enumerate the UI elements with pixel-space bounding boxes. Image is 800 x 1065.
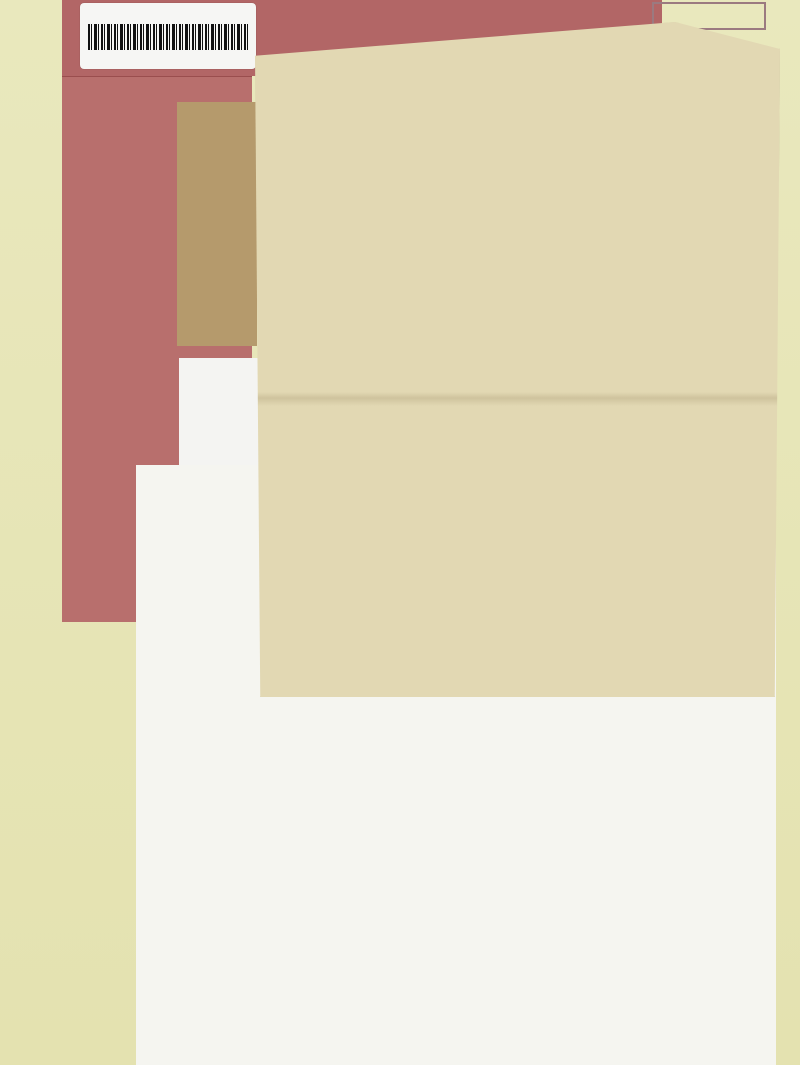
barcode-label — [80, 3, 256, 69]
barcode-icon — [88, 24, 248, 50]
handwritten-manuscript — [255, 22, 780, 697]
specimen-packet — [177, 102, 257, 346]
annotation-slip — [179, 358, 259, 466]
